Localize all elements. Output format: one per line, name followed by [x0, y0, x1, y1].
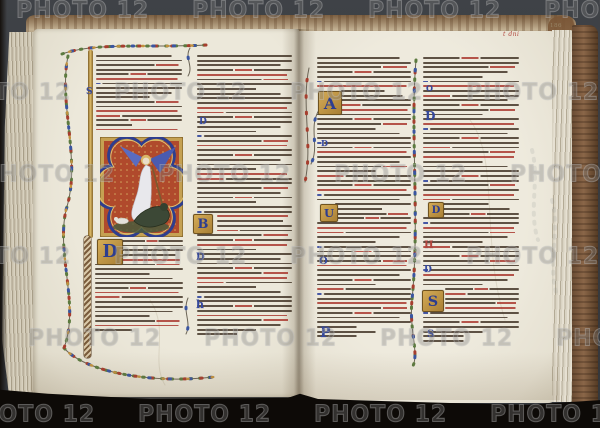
script-line — [317, 265, 411, 267]
script-line — [423, 269, 519, 271]
script-line — [197, 164, 292, 166]
script-line — [197, 258, 292, 260]
script-line — [197, 69, 292, 71]
script-line — [122, 249, 183, 251]
script-line — [197, 291, 292, 293]
script-line — [317, 317, 411, 319]
script-line — [95, 311, 183, 313]
script-line — [317, 194, 411, 196]
script-line — [423, 123, 519, 125]
lombardic-initial: D — [196, 253, 205, 263]
script-line — [317, 142, 411, 144]
script-line — [197, 79, 292, 81]
script-line — [96, 87, 182, 89]
script-line — [317, 279, 411, 281]
script-line — [317, 246, 411, 248]
script-line — [317, 166, 411, 168]
script-line — [122, 240, 183, 242]
script-line — [423, 90, 519, 92]
script-line — [423, 128, 519, 130]
script-line — [317, 180, 411, 182]
script-line — [197, 277, 292, 279]
illuminated-initial: D — [97, 239, 123, 265]
script-line — [122, 245, 183, 247]
script-line — [423, 246, 519, 248]
script-line — [317, 170, 411, 172]
script-line — [423, 189, 519, 191]
script-line — [197, 234, 292, 236]
script-line — [423, 151, 519, 153]
script-line — [423, 62, 519, 64]
script-line — [423, 161, 519, 163]
lombardic-initial: D — [199, 118, 207, 127]
script-line — [317, 274, 411, 276]
script-line — [197, 329, 292, 331]
script-line — [317, 123, 411, 125]
script-line — [197, 310, 292, 312]
script-line — [197, 249, 292, 251]
script-line — [122, 254, 183, 256]
script-line — [96, 119, 182, 121]
script-line — [423, 66, 519, 68]
script-line — [197, 93, 292, 95]
script-line — [197, 83, 292, 85]
script-line — [95, 306, 183, 308]
script-line — [423, 104, 519, 106]
script-line — [341, 104, 411, 106]
script-line — [423, 227, 519, 229]
script-line — [423, 317, 519, 319]
illuminated-initial: U — [320, 204, 338, 222]
script-line — [317, 241, 411, 243]
script-line — [423, 251, 519, 253]
script-line — [341, 95, 411, 97]
script-line — [95, 325, 183, 327]
script-line — [317, 81, 411, 83]
lombardic-initial: D — [321, 139, 328, 147]
script-line — [423, 284, 519, 286]
script-line — [317, 321, 411, 323]
script-line — [423, 71, 519, 73]
illuminated-initial: S — [422, 290, 444, 312]
script-line — [423, 331, 519, 333]
script-line — [96, 73, 182, 75]
script-line — [317, 293, 411, 295]
script-line — [317, 57, 411, 59]
script-line — [423, 81, 519, 83]
script-line — [317, 335, 411, 337]
illuminated-initial: A — [318, 91, 342, 115]
script-line — [197, 263, 292, 265]
script-line — [317, 232, 411, 234]
script-line — [317, 184, 411, 186]
script-line — [423, 194, 519, 196]
script-line — [95, 282, 183, 284]
script-line — [197, 60, 292, 62]
script-line — [317, 199, 411, 201]
script-line — [317, 260, 411, 262]
script-line — [95, 292, 183, 294]
script-line — [217, 215, 292, 217]
script-line — [96, 110, 182, 112]
script-line — [197, 244, 292, 246]
script-line — [423, 166, 519, 168]
script-line — [197, 112, 292, 114]
script-line — [423, 95, 519, 97]
script-line — [197, 74, 292, 76]
script-line — [423, 175, 519, 177]
script-line — [439, 213, 519, 215]
script-line — [317, 307, 411, 309]
script-line — [423, 255, 519, 257]
script-line — [341, 90, 411, 92]
script-line — [317, 326, 411, 328]
script-line — [423, 335, 519, 337]
script-line — [423, 274, 519, 276]
script-line — [423, 279, 519, 281]
script-line — [317, 62, 411, 64]
script-line — [197, 126, 292, 128]
script-line — [423, 114, 519, 116]
script-line — [95, 301, 183, 303]
script-line — [197, 201, 292, 203]
script-line — [423, 232, 519, 234]
script-line — [197, 173, 292, 175]
script-line — [317, 222, 411, 224]
script-line — [317, 66, 411, 68]
script-line — [197, 253, 292, 255]
script-line — [335, 203, 411, 205]
lombardic-initial: h — [196, 299, 204, 310]
script-line — [423, 85, 519, 87]
script-line — [341, 99, 411, 101]
script-line — [317, 236, 411, 238]
script-line — [445, 288, 519, 290]
script-line — [96, 124, 182, 126]
script-line — [197, 168, 292, 170]
script-line — [423, 118, 519, 120]
script-line — [335, 213, 411, 215]
script-line — [317, 161, 411, 163]
script-line — [197, 145, 292, 147]
script-line — [423, 133, 519, 135]
script-line — [317, 71, 411, 73]
script-line — [423, 222, 519, 224]
manuscript-photo: t dni 186 — [0, 0, 600, 428]
script-line — [423, 180, 519, 182]
script-line — [335, 217, 411, 219]
script-line — [423, 142, 519, 144]
script-line — [423, 170, 519, 172]
script-line — [423, 340, 519, 342]
script-line — [217, 225, 292, 227]
page-bottom-shade — [30, 352, 560, 400]
script-line — [317, 147, 411, 149]
script-line — [96, 83, 182, 85]
script-line — [423, 99, 519, 101]
script-line — [341, 109, 411, 111]
script-line — [96, 115, 182, 117]
script-line — [197, 267, 292, 269]
script-line — [197, 107, 292, 109]
script-line — [95, 273, 183, 275]
script-line — [197, 197, 292, 199]
script-line — [317, 128, 411, 130]
script-line — [96, 64, 182, 66]
script-line — [317, 137, 411, 139]
script-line — [197, 102, 292, 104]
script-line — [197, 315, 292, 317]
script-line — [96, 129, 182, 131]
script-line — [197, 211, 292, 213]
script-line — [439, 203, 519, 205]
script-line — [423, 109, 519, 111]
script-line — [317, 227, 411, 229]
script-line — [197, 149, 292, 151]
script-line — [423, 260, 519, 262]
script-line — [95, 287, 183, 289]
script-line — [197, 121, 292, 123]
script-line — [197, 319, 292, 321]
script-line — [423, 265, 519, 267]
script-line — [423, 57, 519, 59]
script-line — [317, 312, 411, 314]
script-line — [197, 88, 292, 90]
script-line — [317, 251, 411, 253]
script-line — [197, 272, 292, 274]
script-line — [197, 55, 292, 57]
illuminated-initial: B — [193, 214, 213, 234]
script-line — [317, 302, 411, 304]
script-line — [197, 159, 292, 161]
script-line — [197, 206, 292, 208]
script-line — [317, 284, 411, 286]
script-line — [122, 259, 183, 261]
script-line — [217, 230, 292, 232]
script-line — [96, 69, 182, 71]
script-line — [197, 324, 292, 326]
script-line — [96, 92, 182, 94]
script-line — [197, 300, 292, 302]
script-line — [95, 296, 183, 298]
script-line — [423, 137, 519, 139]
script-line — [217, 220, 292, 222]
script-line — [423, 241, 519, 243]
script-line — [96, 60, 182, 62]
script-line — [197, 286, 292, 288]
script-line — [96, 101, 182, 103]
script-line — [197, 182, 292, 184]
lombardic-initial: O — [426, 84, 433, 92]
lombardic-initial: S — [427, 330, 434, 340]
script-line — [197, 187, 292, 189]
script-line — [317, 118, 411, 120]
lombardic-initial: O — [319, 257, 328, 267]
script-line — [197, 140, 292, 142]
script-line — [197, 131, 292, 133]
script-line — [197, 282, 292, 284]
script-line — [423, 147, 519, 149]
script-line — [95, 268, 183, 270]
script-line — [439, 208, 519, 210]
script-line — [445, 298, 519, 300]
script-line — [317, 156, 411, 158]
script-line — [96, 55, 182, 57]
script-line — [197, 64, 292, 66]
script-line — [317, 189, 411, 191]
script-line — [335, 208, 411, 210]
script-line — [317, 331, 411, 333]
script-line — [317, 76, 411, 78]
script-line — [423, 321, 519, 323]
script-line — [317, 298, 411, 300]
lombardic-initial: P — [320, 326, 331, 340]
script-line — [317, 175, 411, 177]
script-line — [197, 239, 292, 241]
script-line — [317, 269, 411, 271]
script-line — [197, 296, 292, 298]
script-line — [197, 154, 292, 156]
script-line — [317, 288, 411, 290]
script-line — [423, 156, 519, 158]
script-line — [95, 320, 183, 322]
script-line — [197, 192, 292, 194]
script-line — [317, 133, 411, 135]
lombardic-initial: D — [425, 110, 435, 122]
script-line — [197, 333, 292, 335]
script-line — [197, 135, 292, 137]
lombardic-initial: S — [86, 88, 93, 97]
script-line — [317, 85, 411, 87]
illuminated-initial: D — [428, 202, 444, 218]
script-line — [197, 116, 292, 118]
script-line — [317, 151, 411, 153]
script-line — [423, 184, 519, 186]
script-line — [197, 305, 292, 307]
script-line — [423, 236, 519, 238]
script-line — [423, 312, 519, 314]
script-line — [445, 302, 519, 304]
script-line — [96, 96, 182, 98]
lombardic-initial: D — [424, 266, 432, 275]
script-line — [317, 255, 411, 257]
script-line — [197, 97, 292, 99]
script-line — [96, 106, 182, 108]
script-line — [95, 278, 183, 280]
script-line — [95, 329, 183, 331]
script-line — [197, 178, 292, 180]
script-line — [445, 307, 519, 309]
lombardic-initial: H — [424, 241, 433, 251]
script-line — [423, 76, 519, 78]
script-line — [423, 326, 519, 328]
script-line — [423, 199, 519, 201]
script-line — [96, 78, 182, 80]
script-line — [95, 315, 183, 317]
script-line — [445, 293, 519, 295]
